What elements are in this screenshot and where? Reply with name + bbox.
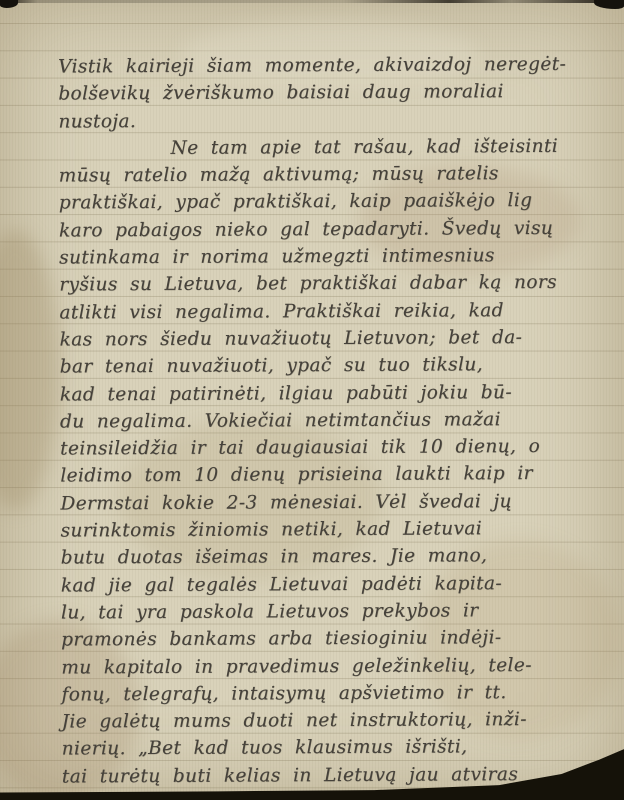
paper-stain xyxy=(0,230,60,510)
handwritten-line: fonų, telegrafų, intaisymų apšvietimo ir… xyxy=(61,678,621,708)
handwritten-line: kad tenai patirinėti, ilgiau pabūti joki… xyxy=(60,378,620,408)
handwritten-line: Dermstai kokie 2-3 mėnesiai. Vėl švedai … xyxy=(60,487,620,517)
handwritten-line: teinsileidžia ir tai daugiausiai tik 10 … xyxy=(60,433,620,463)
handwritten-line: bar tenai nuvažiuoti, ypač su tuo tikslu… xyxy=(60,351,620,381)
handwritten-line: leidimo tom 10 dienų prisieina laukti ka… xyxy=(60,460,620,490)
paper-sheet: Vistik kairieji šiam momente, akivaizdoj… xyxy=(0,0,624,800)
handwritten-line: karo pabaigos nieko gal tepadaryti. Šved… xyxy=(59,214,619,244)
handwritten-line: bolševikų žvėriškumo baisiai daug morali… xyxy=(58,78,618,108)
handwritten-line: Jie galėtų mums duoti net instruktorių, … xyxy=(62,706,622,736)
paragraph: Vistik kairieji šiam momente, akivaizdoj… xyxy=(58,51,618,136)
handwritten-line: nustoja. xyxy=(58,105,618,135)
handwritten-line: surinktomis žiniomis netiki, kad Lietuva… xyxy=(61,515,621,545)
handwritten-line: praktiškai, ypač praktiškai, kaip paaišk… xyxy=(59,187,619,217)
paragraph: Ne tam apie tat rašau, kad išteisintimūs… xyxy=(59,132,622,790)
handwritten-line: mu kapitalo in pravedimus geležinkelių, … xyxy=(61,651,621,681)
handwritten-line: du negalima. Vokiečiai netimtančius maža… xyxy=(60,405,620,435)
handwritten-line: Ne tam apie tat rašau, kad išteisinti xyxy=(59,132,619,162)
handwritten-line: ryšius su Lietuva, bet praktiškai dabar … xyxy=(59,269,619,299)
handwriting-block: Vistik kairieji šiam momente, akivaizdoj… xyxy=(58,51,622,791)
handwritten-line: pramonės bankams arba tiesioginiu indėji… xyxy=(61,624,621,654)
handwritten-line: butu duotas išeimas in mares. Jie mano, xyxy=(61,542,621,572)
handwritten-line: kas nors šiedu nuvažiuotų Lietuvon; bet … xyxy=(60,324,620,354)
scan-edge-top xyxy=(0,0,624,3)
handwritten-line: lu, tai yra paskola Lietuvos prekybos ir xyxy=(61,596,621,626)
handwritten-line: nierių. „Bet kad tuos klausimus išrišti, xyxy=(62,733,622,763)
handwritten-line: Vistik kairieji šiam momente, akivaizdoj… xyxy=(58,51,618,81)
handwritten-line: sutinkama ir norima užmegzti intimesnius xyxy=(59,242,619,272)
handwritten-line: atlikti visi negalima. Praktiškai reikia… xyxy=(59,296,619,326)
handwritten-line: kad jie gal tegalės Lietuvai padėti kapi… xyxy=(61,569,621,599)
scanned-letter-page: Vistik kairieji šiam momente, akivaizdoj… xyxy=(0,0,624,800)
handwritten-line: mūsų ratelio mažą aktivumą; mūsų ratelis xyxy=(59,160,619,190)
